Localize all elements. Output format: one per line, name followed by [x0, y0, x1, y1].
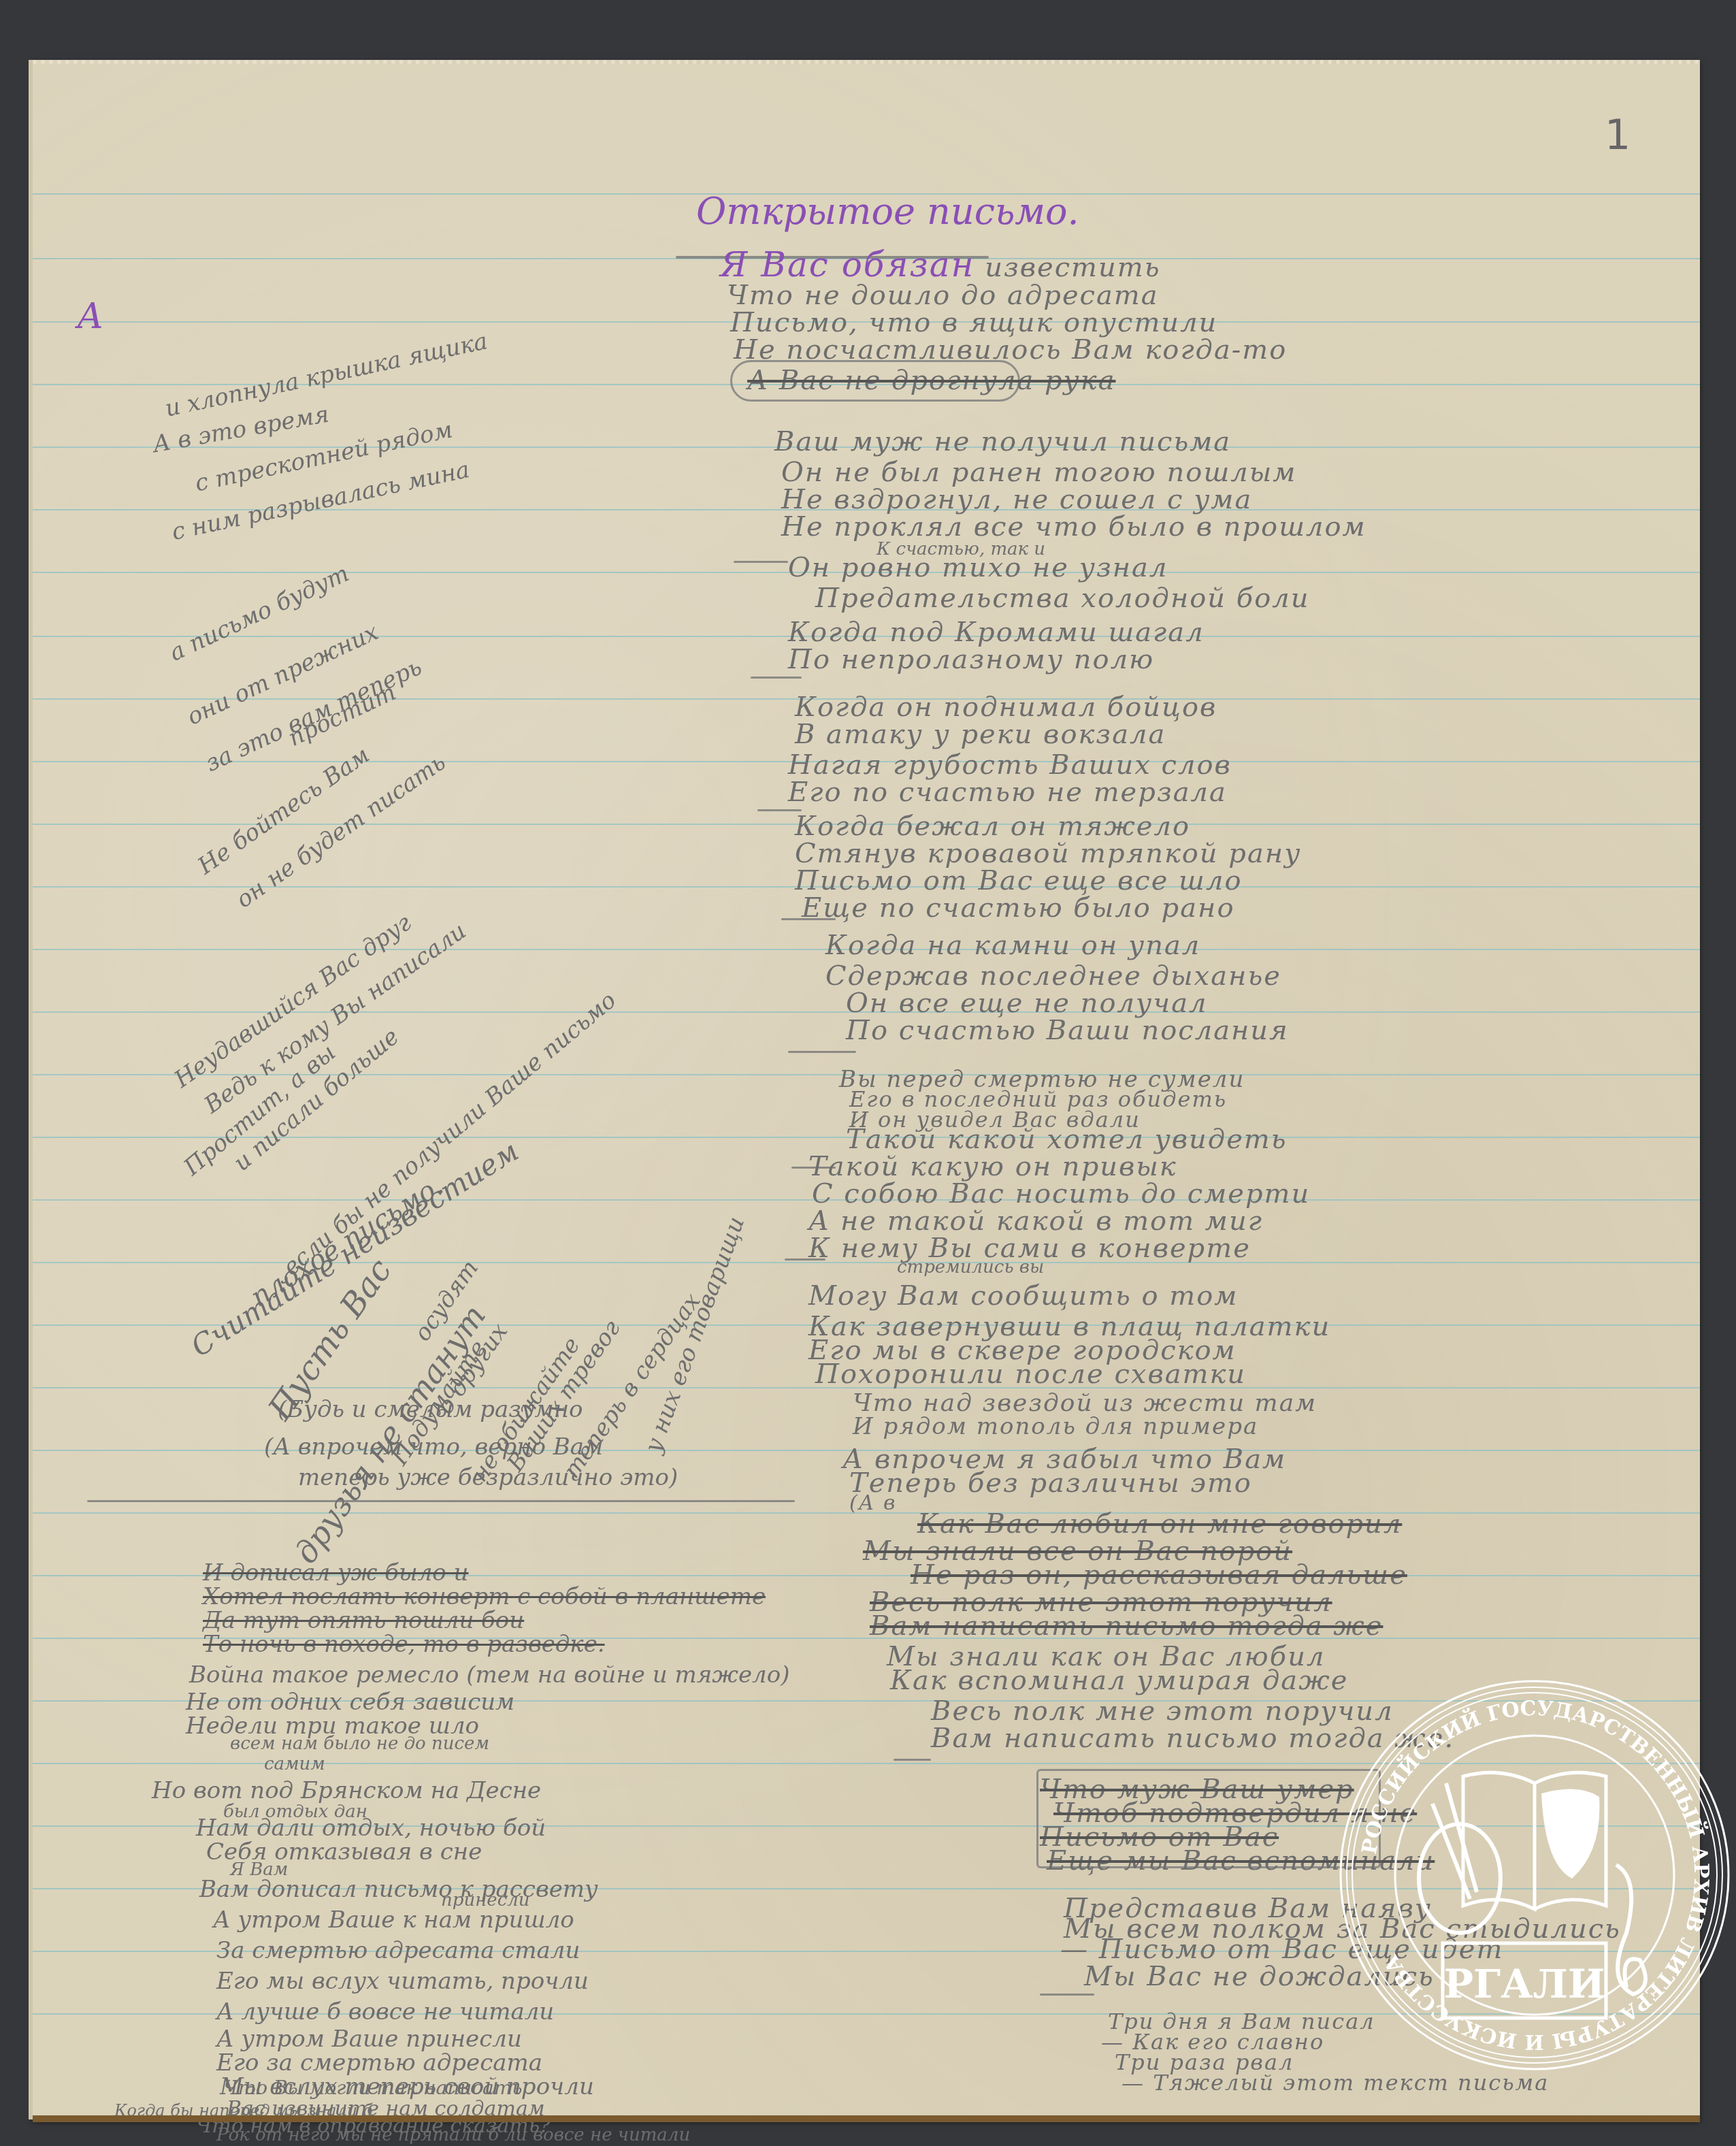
- poem-line: Нагая грубость Ваших слов: [788, 751, 1232, 779]
- poem-line: Стянув кровавой тряпкой рану: [795, 840, 1301, 867]
- draft-line: А утром Ваше к нам пришло: [213, 1908, 574, 1932]
- draft-line: Его мы вслух читать, прочли: [216, 1970, 589, 1993]
- draft-line: Его за смертью адресата: [216, 2051, 542, 2075]
- stanza-divider: [785, 1258, 825, 1261]
- draft-line: Не от одних себя зависим: [186, 1691, 514, 1714]
- poem-line: Теперь без различны это: [849, 1469, 1252, 1497]
- page-bottom-edge: [33, 2115, 1700, 2122]
- draft-line: Но вот под Брянском на Десне: [152, 1779, 541, 1802]
- poem-line: И рядом тополь для примера: [853, 1415, 1258, 1438]
- draft-line: Война такое ремесло (тем на войне и тяже…: [189, 1663, 789, 1687]
- draft-line-struck: То ночь в походе, то в разведке.: [203, 1633, 605, 1656]
- poem-line-struck: Не раз он, рассказывая дальше: [911, 1561, 1407, 1589]
- stanza-divider: [751, 677, 802, 679]
- poem-line: Предательства холодной боли: [815, 585, 1310, 612]
- insertion-note: стремились вы: [897, 1258, 1044, 1276]
- poem-line: Когда на камни он упал: [825, 932, 1200, 959]
- poem-line: Не вздрогнул, не сошел с ума: [781, 486, 1252, 513]
- poem-line: Что не дошло до адресата: [727, 282, 1159, 309]
- poem-line: Такой какую он привык: [808, 1153, 1177, 1180]
- draft-line: Рок от него мы не прятали б ли вовсе не …: [216, 2126, 690, 2144]
- archive-stamp: РОССИЙСКИЙ ГОСУДАРСТВЕННЫЙ АРХИВ ЛИТЕРАТ…: [1334, 1674, 1735, 2076]
- stanza-divider: [894, 1759, 931, 1761]
- note-line: (Будь и смелым разумно: [278, 1398, 583, 1421]
- poem-line: Когда бежал он тяжело: [795, 813, 1190, 840]
- poem-line: По непролазному полю: [788, 646, 1154, 673]
- poem-line: Когда под Кромами шагал: [788, 619, 1205, 646]
- draft-line: Вам дописал письмо к рассвету: [199, 1878, 598, 1901]
- svg-text:РГАЛИ: РГАЛИ: [1444, 1961, 1605, 2007]
- poem-line: Не проклял все что было в прошлом: [781, 513, 1366, 540]
- poem-line: Могу Вам сообщить о том: [808, 1282, 1238, 1310]
- poem-line: Весь полк мне этот поручил: [931, 1697, 1394, 1725]
- rgali-seal-icon: РОССИЙСКИЙ ГОСУДАРСТВЕННЫЙ АРХИВ ЛИТЕРАТ…: [1334, 1674, 1735, 2076]
- draft-line: За смертью адресата стали: [216, 1939, 580, 1962]
- stanza-divider: [781, 918, 836, 920]
- poem-line: Что над звездой из жести там: [853, 1391, 1317, 1416]
- poem-line-struck: А Вас не дрогнула рука: [747, 367, 1115, 394]
- stanza-divider: [1040, 1994, 1094, 1996]
- poem-line: В атаку у реки вокзала: [795, 721, 1166, 748]
- poem-line-struck: Вам написать письмо тогда же: [870, 1612, 1383, 1640]
- poem-line: (А в: [849, 1493, 896, 1514]
- draft-line-struck: Да тут опять пошли бои: [203, 1609, 524, 1632]
- page-title: Открытое письмо.: [696, 193, 1079, 230]
- corner-mark: А: [77, 299, 103, 334]
- stanza-divider: [734, 561, 788, 563]
- draft-line: всем нам было не до писем: [230, 1735, 489, 1753]
- draft-line: Нам дали отдых, ночью бой: [196, 1817, 546, 1840]
- poem-line: А не такой какой в тот миг: [808, 1207, 1263, 1235]
- poem-line: Он не был ранен тогою пошлым: [781, 459, 1296, 486]
- poem-line: Ваш муж не получил письма: [774, 428, 1231, 455]
- poem-line: По счастью Ваши послания: [846, 1017, 1289, 1044]
- stanza-divider: [788, 1051, 856, 1053]
- poem-line: Не посчастливилось Вам когда-то: [734, 336, 1287, 363]
- poem-line: Похоронили после схватки: [815, 1361, 1246, 1388]
- note-line: теперь уже безразлично это): [298, 1466, 678, 1489]
- poem-line: Как вспоминал умирая даже: [890, 1667, 1348, 1694]
- draft-line-struck: Хотел послать конверт с собой в планшете: [203, 1585, 766, 1608]
- poem-line: Я Вас обязан известить: [720, 248, 1161, 282]
- poem-line: Он ровно тихо не узнал: [788, 554, 1168, 581]
- poem-line: Письмо от Вас еще все шло: [795, 867, 1242, 894]
- poem-line: Письмо, что в ящик опустили: [730, 309, 1217, 336]
- draft-line-struck: И дописал уж было и: [203, 1561, 469, 1584]
- poem-line: Он все еще не получал: [846, 990, 1207, 1017]
- draft-line: А лучше б вовсе не читали: [216, 2000, 554, 2023]
- poem-line-struck: Как Вас любил он мне говорил: [917, 1510, 1402, 1538]
- page-number: 1: [1605, 112, 1631, 159]
- draft-line: А утром Ваше принесли: [216, 2028, 522, 2051]
- insertion-note: принесли: [441, 1891, 530, 1909]
- section-divider: [87, 1500, 795, 1502]
- note-line: (А впрочем что, верно Вам: [264, 1435, 603, 1459]
- draft-line: Что Вы могли так написать: [223, 2079, 522, 2098]
- poem-line: Сдержав последнее дыханье: [825, 962, 1281, 990]
- poem-line: Такой какой хотел увидеть: [846, 1126, 1288, 1153]
- poem-line: Его по счастью не терзала: [788, 779, 1227, 806]
- draft-line: самим: [264, 1755, 325, 1773]
- poem-line: Еще по счастью было рано: [802, 894, 1235, 922]
- poem-line: С собою Вас носить до смерти: [812, 1180, 1310, 1207]
- poem-line: Когда он поднимал бойцов: [795, 694, 1217, 721]
